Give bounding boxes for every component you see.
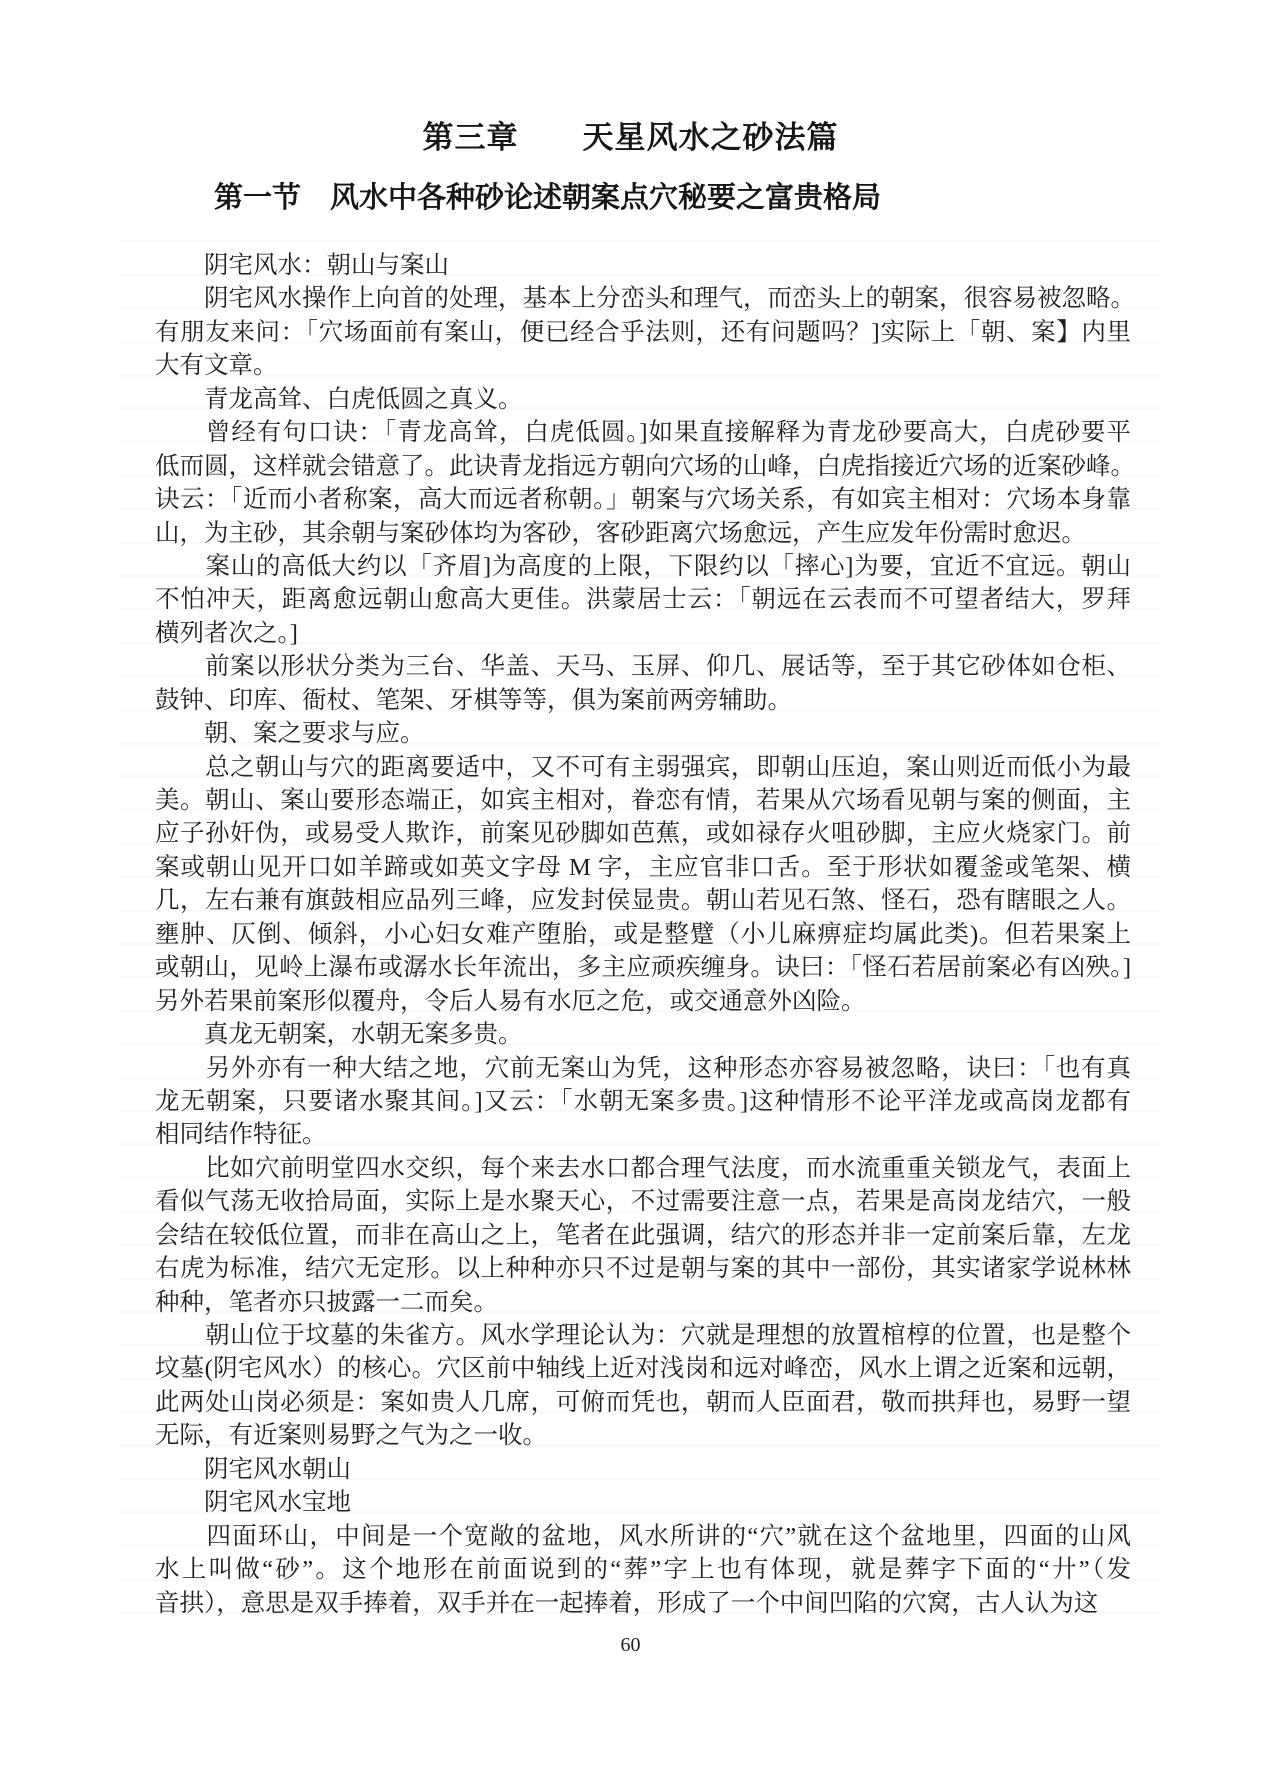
paragraph: 另外亦有一种大结之地，穴前无案山为凭，这种形态亦容易被忽略，诀曰：「也有真龙无朝… [155, 1052, 1131, 1152]
chapter-title: 第三章 天星风水之砂法篇 [0, 112, 1261, 157]
text-line: 比如穴前明堂四水交织，每个来去水口都合理气法度，而水流重重关锁龙气，表面上 [155, 1152, 1131, 1185]
paragraph: 总之朝山与穴的距离要适中，又不可有主弱强宾，即朝山压迫，案山则近而低小为最美。朝… [155, 751, 1131, 1019]
text-line: 山，为主砂，其余朝与案砂体均为客砂，客砂距离穴场愈远，产生应发年份需时愈迟。 [155, 517, 1131, 550]
text-line: 龙无朝案，只要诸水聚其间。]又云：「水朝无案多贵。]这种情形不论平洋龙或高岗龙都… [155, 1085, 1131, 1118]
text-line: 阴宅风水：朝山与案山 [155, 249, 1131, 282]
text-line: 另外若果前案形似覆舟，令后人易有水厄之危，或交通意外凶险。 [155, 985, 1131, 1018]
text-line: 相同结作特征。 [155, 1118, 1131, 1151]
paragraph: 阴宅风水朝山 [155, 1453, 1131, 1486]
text-line: 阴宅风水宝地 [155, 1486, 1131, 1519]
text-line: 鼓钟、印库、衙杖、笔架、牙棋等等，俱为案前两旁辅助。 [155, 684, 1131, 717]
text-line: 会结在较低位置，而非在高山之上，笔者在此强调，结穴的形态并非一定前案后靠，左龙 [155, 1219, 1131, 1252]
page-number: 60 [0, 1634, 1261, 1657]
paragraph: 阴宅风水：朝山与案山 [155, 249, 1131, 282]
text-line: 此两处山岗必须是：案如贵人几席，可俯而凭也，朝而人臣面君，敬而拱拜也，易野一望 [155, 1386, 1131, 1419]
text-line: 阴宅风水操作上向首的处理，基本上分峦头和理气，而峦头上的朝案，很容易被忽略。 [155, 282, 1131, 315]
scanned-book-page: 第三章 天星风水之砂法篇 第一节 风水中各种砂论述朝案点穴秘要之富贵格局 阴宅风… [0, 0, 1261, 1789]
text-line: 坟墓(阴宅风水）的核心。穴区前中轴线上近对浅岗和远对峰峦，风水上谓之近案和远朝， [155, 1352, 1131, 1385]
paragraph: 青龙高耸、白虎低圆之真义。 [155, 383, 1131, 416]
text-line: 有朋友来问：「穴场面前有案山，便已经合乎法则，还有问题吗？]实际上「朝、案】内里 [155, 316, 1131, 349]
paragraph: 真龙无朝案，水朝无案多贵。 [155, 1018, 1131, 1051]
text-line: 阴宅风水朝山 [155, 1453, 1131, 1486]
text-line: 大有文章。 [155, 349, 1131, 382]
text-line: 右虎为标准，结穴无定形。以上种种亦只不过是朝与案的其中一部份，其实诸家学说林林 [155, 1252, 1131, 1285]
text-line: 或朝山，见岭上瀑布或潺水长年流出，多主应顽疾缠身。诀曰：「怪石若居前案必有凶殃。… [155, 951, 1131, 984]
text-line: 低而圆，这样就会错意了。此诀青龙指远方朝向穴场的山峰，白虎指接近穴场的近案砂峰。 [155, 450, 1131, 483]
paragraph: 阴宅风水操作上向首的处理，基本上分峦头和理气，而峦头上的朝案，很容易被忽略。有朋… [155, 282, 1131, 382]
text-line: 几，左右兼有旗鼓相应品列三峰，应发封侯显贵。朝山若见石煞、怪石，恐有瞎眼之人。 [155, 884, 1131, 917]
text-line: 音拱），意思是双手捧着，双手并在一起捧着，形成了一个中间凹陷的穴窝，古人认为这 [155, 1587, 1131, 1620]
text-line: 四面环山，中间是一个宽敞的盆地，风水所讲的“穴”就在这个盆地里，四面的山风 [155, 1520, 1131, 1553]
text-line: 曾经有句口诀：「青龙高耸，白虎低圆。]如果直接解释为青龙砂要高大，白虎砂要平 [155, 416, 1131, 449]
text-line: 朝山位于坟墓的朱雀方。风水学理论认为：穴就是理想的放置棺椁的位置，也是整个 [155, 1319, 1131, 1352]
text-line: 案或朝山见开口如羊蹄或如英文字母 M 字，主应官非口舌。至于形状如覆釜或笔架、横 [155, 851, 1131, 884]
text-line: 看似气荡无收拾局面，实际上是水聚天心，不过需要注意一点，若果是高岗龙结穴，一般 [155, 1185, 1131, 1218]
paragraph: 朝、案之要求与应。 [155, 717, 1131, 750]
paragraph: 前案以形状分类为三台、华盖、天马、玉屏、仰几、展话等，至于其它砂体如仓柜、鼓钟、… [155, 650, 1131, 717]
text-line: 不怕冲天，距离愈远朝山愈高大更佳。洪蒙居士云：「朝远在云表而不可望者结大，罗拜 [155, 583, 1131, 616]
text-line: 青龙高耸、白虎低圆之真义。 [155, 383, 1131, 416]
paragraph: 四面环山，中间是一个宽敞的盆地，风水所讲的“穴”就在这个盆地里，四面的山风水上叫… [155, 1520, 1131, 1620]
paragraph: 阴宅风水宝地 [155, 1486, 1131, 1519]
paragraph: 比如穴前明堂四水交织，每个来去水口都合理气法度，而水流重重关锁龙气，表面上看似气… [155, 1152, 1131, 1319]
text-line: 横列者次之。] [155, 617, 1131, 650]
text-line: 应子孙奸伪，或易受人欺诈，前案见砂脚如芭蕉，或如禄存火咀砂脚，主应火烧家门。前 [155, 817, 1131, 850]
text-line: 真龙无朝案，水朝无案多贵。 [155, 1018, 1131, 1051]
text-line: 美。朝山、案山要形态端正，如宾主相对，眷恋有情，若果从穴场看见朝与案的侧面，主 [155, 784, 1131, 817]
body-text: 阴宅风水：朝山与案山 阴宅风水操作上向首的处理，基本上分峦头和理气，而峦头上的朝… [155, 249, 1131, 1620]
paragraph: 曾经有句口诀：「青龙高耸，白虎低圆。]如果直接解释为青龙砂要高大，白虎砂要平低而… [155, 416, 1131, 550]
text-line: 种种，笔者亦只披露一二而矣。 [155, 1286, 1131, 1319]
paragraph: 案山的高低大约以「齐眉]为高度的上限，下限约以「摔心]为要，宜近不宜远。朝山不怕… [155, 550, 1131, 650]
section-title: 第一节 风水中各种砂论述朝案点穴秘要之富贵格局 [214, 175, 881, 216]
text-line: 前案以形状分类为三台、华盖、天马、玉屏、仰几、展话等，至于其它砂体如仓柜、 [155, 650, 1131, 683]
text-line: 无际，有近案则易野之气为之一收。 [155, 1419, 1131, 1452]
text-line: 朝、案之要求与应。 [155, 717, 1131, 750]
text-line: 诀云：「近而小者称案，高大而远者称朝。」朝案与穴场关系，有如宾主相对：穴场本身靠 [155, 483, 1131, 516]
paragraph: 朝山位于坟墓的朱雀方。风水学理论认为：穴就是理想的放置棺椁的位置，也是整个坟墓(… [155, 1319, 1131, 1453]
text-line: 壅肿、仄倒、倾斜，小心妇女难产堕胎，或是整躄（小儿麻痹症均属此类)。但若果案上 [155, 918, 1131, 951]
text-line: 案山的高低大约以「齐眉]为高度的上限，下限约以「摔心]为要，宜近不宜远。朝山 [155, 550, 1131, 583]
text-line: 水上叫做“砂”。这个地形在前面说到的“葬”字上也有体现，就是葬字下面的“廾”（发 [155, 1553, 1131, 1586]
text-line: 总之朝山与穴的距离要适中，又不可有主弱强宾，即朝山压迫，案山则近而低小为最 [155, 751, 1131, 784]
text-line: 另外亦有一种大结之地，穴前无案山为凭，这种形态亦容易被忽略，诀曰：「也有真 [155, 1052, 1131, 1085]
